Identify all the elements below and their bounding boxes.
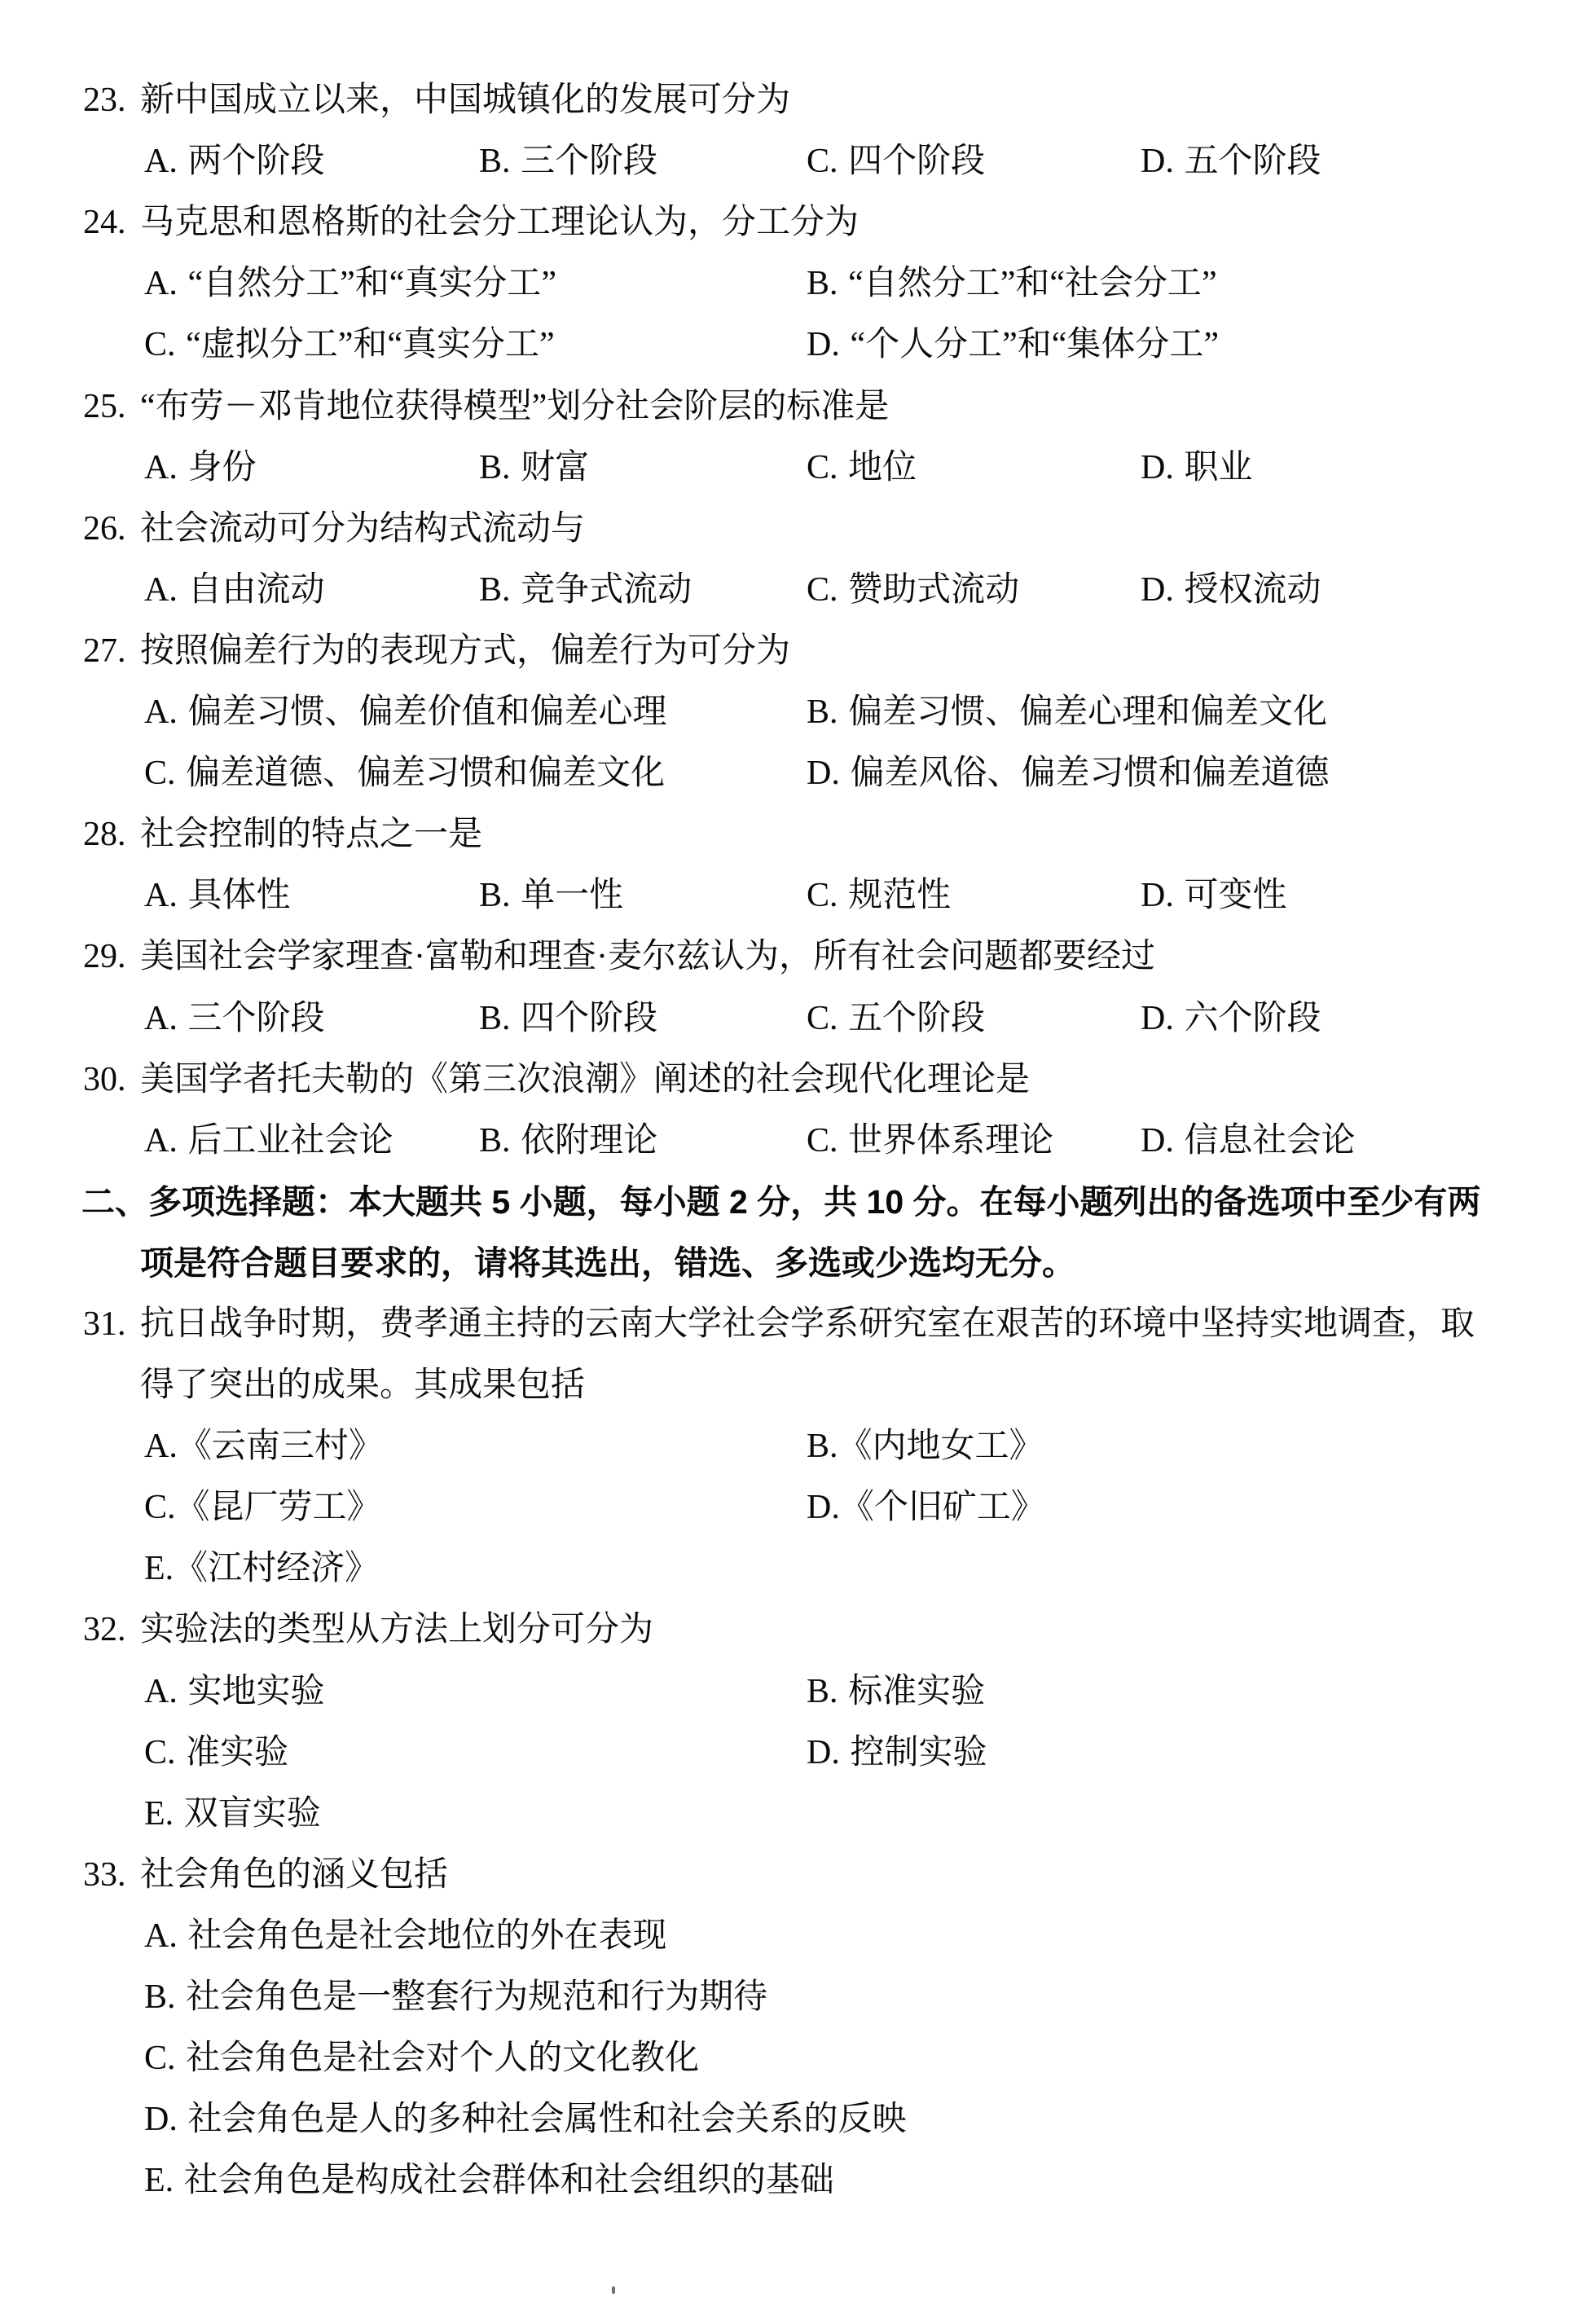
- exam-paper-page: 23.新中国成立以来，中国城镇化的发展可分为A.两个阶段B.三个阶段C.四个阶段…: [0, 0, 1596, 2306]
- question-28-option-A-text: 具体性: [187, 877, 290, 914]
- question-24-option-A-text: “自然分工”和“真实分工”: [187, 265, 556, 302]
- question-31-stem-line-2: 得了突出的成果。其成果包括: [0, 1355, 1596, 1416]
- question-31-option-A-text: 《云南三村》: [178, 1428, 383, 1465]
- question-23-options-row-1: A.两个阶段B.三个阶段C.四个阶段D.五个阶段: [0, 131, 1596, 192]
- question-29-option-A-text: 三个阶段: [187, 1000, 324, 1037]
- question-30-option-C-label: C.: [807, 1122, 838, 1160]
- question-28-option-A-label: A.: [144, 877, 178, 914]
- question-31-stem-continuation: 得了突出的成果。其成果包括: [140, 1355, 585, 1416]
- question-26-number: 26.: [83, 499, 126, 560]
- question-31-number: 31.: [83, 1294, 126, 1355]
- section-2-numbering: 二、: [81, 1183, 148, 1221]
- question-24-option-C: C.“虚拟分工”和“真实分工”: [144, 315, 555, 376]
- question-28-stem-text: 社会控制的特点之一是: [140, 804, 482, 865]
- question-29-option-B: B.四个阶段: [479, 988, 657, 1050]
- question-33-option-C: C.社会角色是社会对个人的文化教化: [144, 2028, 699, 2089]
- question-32-option-E-text: 双盲实验: [184, 1795, 321, 1833]
- question-33-option-D: D.社会角色是人的多种社会属性和社会关系的反映: [144, 2089, 906, 2150]
- question-30-number: 30.: [83, 1050, 126, 1111]
- section-2-header-continuation: 项是符合题目要求的，请将其选出，错选、多选或少选均无分。: [140, 1233, 1075, 1294]
- question-33-options-row-5: E.社会角色是构成社会群体和社会组织的基础: [0, 2150, 1596, 2211]
- question-32-options-row-2: C.准实验D.控制实验: [0, 1723, 1596, 1784]
- question-26-option-D-label: D.: [1141, 571, 1174, 609]
- question-23-option-B-text: 三个阶段: [521, 143, 657, 180]
- question-28-option-B: B.单一性: [479, 865, 623, 926]
- question-30-option-D: D.信息社会论: [1141, 1111, 1355, 1172]
- question-24-options-row-1: A.“自然分工”和“真实分工”B.“自然分工”和“社会分工”: [0, 253, 1596, 315]
- question-24-stem-line-1: 24.马克思和恩格斯的社会分工理论认为，分工分为: [0, 192, 1596, 253]
- question-32-option-B-text: 标准实验: [848, 1673, 985, 1710]
- question-25-option-C: C.地位: [807, 438, 917, 499]
- question-31-option-E-text: 《江村经济》: [174, 1550, 379, 1587]
- question-27-option-A-label: A.: [144, 693, 178, 731]
- question-30-stem-line-1: 30.美国学者托夫勒的《第三次浪潮》阐述的社会现代化理论是: [0, 1050, 1596, 1111]
- question-29-option-C-label: C.: [807, 1000, 838, 1037]
- question-26-stem-line-1: 26.社会流动可分为结构式流动与: [0, 499, 1596, 560]
- question-32-stem-text: 实验法的类型从方法上划分可分为: [140, 1600, 653, 1661]
- question-24-option-C-label: C.: [144, 326, 176, 363]
- question-29-stem-text: 美国社会学家理查·富勒和理查·麦尔兹认为，所有社会问题都要经过: [140, 926, 1155, 988]
- question-27-option-A: A.偏差习惯、偏差价值和偏差心理: [144, 682, 666, 743]
- question-28-option-D: D.可变性: [1141, 865, 1286, 926]
- question-26-option-C: C.赞助式流动: [807, 560, 1019, 621]
- question-31-option-C-text: 《昆厂劳工》: [176, 1489, 381, 1526]
- question-32-option-E-label: E.: [144, 1795, 174, 1833]
- question-30-option-C-text: 世界体系理论: [848, 1122, 1053, 1160]
- question-25-option-B: B.财富: [479, 438, 589, 499]
- question-33-options-row-3: C.社会角色是社会对个人的文化教化: [0, 2028, 1596, 2089]
- question-27-option-D-text: 偏差风俗、偏差习惯和偏差道德: [850, 755, 1329, 792]
- question-26-option-B: B.竞争式流动: [479, 560, 692, 621]
- question-24-option-B: B.“自然分工”和“社会分工”: [807, 253, 1217, 315]
- question-31-options-row-2: C.《昆厂劳工》D.《个旧矿工》: [0, 1477, 1596, 1538]
- question-27-option-B: B.偏差习惯、偏差心理和偏差文化: [807, 682, 1327, 743]
- question-28-option-C: C.规范性: [807, 865, 951, 926]
- question-24-option-D: D.“个人分工”和“集体分工”: [807, 315, 1219, 376]
- question-31-stem-text: 抗日战争时期，费孝通主持的云南大学社会学系研究室在艰苦的环境中坚持实地调查，取: [140, 1294, 1475, 1355]
- question-23-option-A-text: 两个阶段: [187, 143, 324, 180]
- question-27-options-row-2: C.偏差道德、偏差习惯和偏差文化D.偏差风俗、偏差习惯和偏差道德: [0, 743, 1596, 804]
- question-33-options-row-2: B.社会角色是一整套行为规范和行为期待: [0, 1967, 1596, 2028]
- question-31-option-C: C.《昆厂劳工》: [144, 1477, 381, 1538]
- question-24-option-D-label: D.: [807, 326, 840, 363]
- question-32-option-A-label: A.: [144, 1673, 178, 1710]
- question-23-option-A: A.两个阶段: [144, 131, 324, 192]
- question-23-option-D: D.五个阶段: [1141, 131, 1321, 192]
- question-28-option-D-label: D.: [1141, 877, 1174, 914]
- question-23-stem-line-1: 23.新中国成立以来，中国城镇化的发展可分为: [0, 70, 1596, 131]
- question-27-option-A-text: 偏差习惯、偏差价值和偏差心理: [187, 693, 666, 731]
- question-29-option-C: C.五个阶段: [807, 988, 985, 1050]
- question-26-option-B-label: B.: [479, 571, 511, 609]
- question-27-option-C: C.偏差道德、偏差习惯和偏差文化: [144, 743, 665, 804]
- question-32-options-row-1: A.实地实验B.标准实验: [0, 1661, 1596, 1723]
- question-25-option-A-text: 身份: [187, 449, 256, 486]
- question-31-option-D-label: D.: [807, 1489, 840, 1526]
- question-30-option-A-label: A.: [144, 1122, 178, 1160]
- question-31-option-B: B.《内地女工》: [807, 1416, 1044, 1477]
- question-24-option-B-text: “自然分工”和“社会分工”: [848, 265, 1217, 302]
- question-23-number: 23.: [83, 70, 126, 131]
- section-2-header-text-1: 二、多项选择题：本大题共 5 小题，每小题 2 分，共 10 分。在每小题列出的…: [81, 1172, 1481, 1233]
- question-26-option-A-text: 自由流动: [187, 571, 324, 609]
- question-32-option-A: A.实地实验: [144, 1661, 324, 1723]
- question-25-option-B-text: 财富: [521, 449, 589, 486]
- question-28-options-row-1: A.具体性B.单一性C.规范性D.可变性: [0, 865, 1596, 926]
- question-25-option-B-label: B.: [479, 449, 511, 486]
- question-27-option-D-label: D.: [807, 755, 840, 792]
- question-25-stem-line-1: 25.“布劳－邓肯地位获得模型”划分社会阶层的标准是: [0, 376, 1596, 438]
- question-31-option-A-label: A.: [144, 1428, 178, 1465]
- question-30-stem-text: 美国学者托夫勒的《第三次浪潮》阐述的社会现代化理论是: [140, 1050, 1030, 1111]
- question-33-option-B: B.社会角色是一整套行为规范和行为期待: [144, 1967, 767, 2028]
- question-25-option-D-label: D.: [1141, 449, 1174, 486]
- question-32-option-B-label: B.: [807, 1673, 838, 1710]
- question-29-option-B-text: 四个阶段: [521, 1000, 657, 1037]
- question-33-stem-text: 社会角色的涵义包括: [140, 1845, 448, 1906]
- question-31-option-D-text: 《个旧矿工》: [840, 1489, 1045, 1526]
- question-23-option-C-text: 四个阶段: [848, 143, 985, 180]
- question-25-option-D-text: 职业: [1184, 449, 1252, 486]
- question-24-option-B-label: B.: [807, 265, 838, 302]
- question-32-option-B: B.标准实验: [807, 1661, 985, 1723]
- question-33-option-A-label: A.: [144, 1917, 178, 1955]
- question-31-option-B-label: B.: [807, 1428, 838, 1465]
- question-29-number: 29.: [83, 926, 126, 988]
- question-29-option-A-label: A.: [144, 1000, 178, 1037]
- question-32-options-row-3: E.双盲实验: [0, 1784, 1596, 1845]
- question-27-option-B-text: 偏差习惯、偏差心理和偏差文化: [848, 693, 1327, 731]
- question-27-stem-text: 按照偏差行为的表现方式，偏差行为可分为: [140, 621, 790, 682]
- question-26-option-D-text: 授权流动: [1184, 571, 1321, 609]
- question-25-option-C-text: 地位: [848, 449, 917, 486]
- question-33-option-E: E.社会角色是构成社会群体和社会组织的基础: [144, 2150, 834, 2211]
- question-33-option-E-label: E.: [144, 2162, 174, 2199]
- question-27-option-C-label: C.: [144, 755, 176, 792]
- question-24-options-row-2: C.“虚拟分工”和“真实分工”D.“个人分工”和“集体分工”: [0, 315, 1596, 376]
- question-33-option-E-text: 社会角色是构成社会群体和社会组织的基础: [184, 2162, 834, 2199]
- question-25-number: 25.: [83, 376, 126, 438]
- question-23-option-D-label: D.: [1141, 143, 1174, 180]
- question-27-option-C-text: 偏差道德、偏差习惯和偏差文化: [186, 755, 665, 792]
- question-33-options-row-4: D.社会角色是人的多种社会属性和社会关系的反映: [0, 2089, 1596, 2150]
- question-26-option-C-label: C.: [807, 571, 838, 609]
- question-26-option-A-label: A.: [144, 571, 178, 609]
- question-23-option-B-label: B.: [479, 143, 511, 180]
- question-25-option-C-label: C.: [807, 449, 838, 486]
- question-31-option-E: E.《江村经济》: [144, 1538, 379, 1600]
- question-31-stem-line-1: 31.抗日战争时期，费孝通主持的云南大学社会学系研究室在艰苦的环境中坚持实地调查…: [0, 1294, 1596, 1355]
- question-33-option-D-text: 社会角色是人的多种社会属性和社会关系的反映: [187, 2101, 906, 2138]
- question-29-stem-line-1: 29.美国社会学家理查·富勒和理查·麦尔兹认为，所有社会问题都要经过: [0, 926, 1596, 988]
- question-25-option-A: A.身份: [144, 438, 256, 499]
- question-30-option-A: A.后工业社会论: [144, 1111, 393, 1172]
- question-32-option-C-text: 准实验: [186, 1734, 288, 1771]
- question-28-stem-line-1: 28.社会控制的特点之一是: [0, 804, 1596, 865]
- question-24-option-A: A.“自然分工”和“真实分工”: [144, 253, 556, 315]
- question-28-option-D-text: 可变性: [1184, 877, 1286, 914]
- question-24-option-A-label: A.: [144, 265, 178, 302]
- question-23-option-C-label: C.: [807, 143, 838, 180]
- section-2-header-line-2: 项是符合题目要求的，请将其选出，错选、多选或少选均无分。: [0, 1233, 1596, 1294]
- question-24-option-C-text: “虚拟分工”和“真实分工”: [186, 326, 555, 363]
- question-31-option-B-text: 《内地女工》: [838, 1428, 1044, 1465]
- question-30-option-A-text: 后工业社会论: [187, 1122, 393, 1160]
- question-25-stem-text: “布劳－邓肯地位获得模型”划分社会阶层的标准是: [140, 376, 889, 438]
- question-28-option-A: A.具体性: [144, 865, 290, 926]
- question-31-options-row-3: E.《江村经济》: [0, 1538, 1596, 1600]
- question-27-stem-line-1: 27.按照偏差行为的表现方式，偏差行为可分为: [0, 621, 1596, 682]
- question-23-option-A-label: A.: [144, 143, 178, 180]
- question-27-option-B-label: B.: [807, 693, 838, 731]
- question-32-option-A-text: 实地实验: [187, 1673, 324, 1710]
- question-30-option-B: B.依附理论: [479, 1111, 657, 1172]
- question-30-option-D-label: D.: [1141, 1122, 1174, 1160]
- question-28-option-C-text: 规范性: [848, 877, 951, 914]
- question-33-option-D-label: D.: [144, 2101, 178, 2138]
- question-23-option-B: B.三个阶段: [479, 131, 657, 192]
- question-25-option-A-label: A.: [144, 449, 178, 486]
- question-31-option-E-label: E.: [144, 1550, 174, 1587]
- question-28-option-C-label: C.: [807, 877, 838, 914]
- question-33-option-B-label: B.: [144, 1978, 176, 2016]
- question-24-option-D-text: “个人分工”和“集体分工”: [850, 326, 1219, 363]
- question-26-option-B-text: 竞争式流动: [521, 571, 692, 609]
- question-32-option-D-text: 控制实验: [850, 1734, 987, 1771]
- question-28-option-B-label: B.: [479, 877, 511, 914]
- section-2-header-line-1: 二、多项选择题：本大题共 5 小题，每小题 2 分，共 10 分。在每小题列出的…: [0, 1172, 1596, 1233]
- question-32-option-C: C.准实验: [144, 1723, 288, 1784]
- question-23-stem-text: 新中国成立以来，中国城镇化的发展可分为: [140, 70, 790, 131]
- question-33-option-A: A.社会角色是社会地位的外在表现: [144, 1906, 666, 1967]
- question-26-option-A: A.自由流动: [144, 560, 324, 621]
- question-32-option-D-label: D.: [807, 1734, 840, 1771]
- scan-artifact-dot: [612, 2286, 615, 2294]
- question-26-option-D: D.授权流动: [1141, 560, 1321, 621]
- question-29-option-D-text: 六个阶段: [1184, 1000, 1321, 1037]
- question-27-option-D: D.偏差风俗、偏差习惯和偏差道德: [807, 743, 1329, 804]
- question-33-option-A-text: 社会角色是社会地位的外在表现: [187, 1917, 666, 1955]
- question-26-option-C-text: 赞助式流动: [848, 571, 1019, 609]
- question-32-number: 32.: [83, 1600, 126, 1661]
- question-32-option-D: D.控制实验: [807, 1723, 987, 1784]
- question-31-options-row-1: A.《云南三村》B.《内地女工》: [0, 1416, 1596, 1477]
- question-24-stem-text: 马克思和恩格斯的社会分工理论认为，分工分为: [140, 192, 859, 253]
- question-29-option-B-label: B.: [479, 1000, 511, 1037]
- question-31-option-A: A.《云南三村》: [144, 1416, 383, 1477]
- question-30-option-B-text: 依附理论: [521, 1122, 657, 1160]
- question-32-option-E: E.双盲实验: [144, 1784, 321, 1845]
- question-29-option-D-label: D.: [1141, 1000, 1174, 1037]
- question-33-option-C-text: 社会角色是社会对个人的文化教化: [186, 2040, 699, 2077]
- question-33-number: 33.: [83, 1845, 126, 1906]
- question-32-option-C-label: C.: [144, 1734, 176, 1771]
- question-27-number: 27.: [83, 621, 126, 682]
- question-29-option-C-text: 五个阶段: [848, 1000, 985, 1037]
- question-29-options-row-1: A.三个阶段B.四个阶段C.五个阶段D.六个阶段: [0, 988, 1596, 1050]
- question-33-stem-line-1: 33.社会角色的涵义包括: [0, 1845, 1596, 1906]
- question-23-option-C: C.四个阶段: [807, 131, 985, 192]
- question-32-stem-line-1: 32.实验法的类型从方法上划分可分为: [0, 1600, 1596, 1661]
- question-31-option-D: D.《个旧矿工》: [807, 1477, 1045, 1538]
- question-30-options-row-1: A.后工业社会论B.依附理论C.世界体系理论D.信息社会论: [0, 1111, 1596, 1172]
- question-28-number: 28.: [83, 804, 126, 865]
- question-26-options-row-1: A.自由流动B.竞争式流动C.赞助式流动D.授权流动: [0, 560, 1596, 621]
- question-25-options-row-1: A.身份B.财富C.地位D.职业: [0, 438, 1596, 499]
- question-30-option-C: C.世界体系理论: [807, 1111, 1053, 1172]
- question-25-option-D: D.职业: [1141, 438, 1252, 499]
- question-31-option-C-label: C.: [144, 1489, 176, 1526]
- question-23-option-D-text: 五个阶段: [1184, 143, 1321, 180]
- question-33-option-C-label: C.: [144, 2040, 176, 2077]
- question-28-option-B-text: 单一性: [521, 877, 623, 914]
- question-27-options-row-1: A.偏差习惯、偏差价值和偏差心理B.偏差习惯、偏差心理和偏差文化: [0, 682, 1596, 743]
- question-26-stem-text: 社会流动可分为结构式流动与: [140, 499, 585, 560]
- question-30-option-D-text: 信息社会论: [1184, 1122, 1355, 1160]
- question-30-option-B-label: B.: [479, 1122, 511, 1160]
- question-33-options-row-1: A.社会角色是社会地位的外在表现: [0, 1906, 1596, 1967]
- question-29-option-D: D.六个阶段: [1141, 988, 1321, 1050]
- question-33-option-B-text: 社会角色是一整套行为规范和行为期待: [186, 1978, 767, 2016]
- question-29-option-A: A.三个阶段: [144, 988, 324, 1050]
- section-2-header-instructions: 多项选择题：本大题共 5 小题，每小题 2 分，共 10 分。在每小题列出的备选…: [148, 1183, 1481, 1221]
- question-24-number: 24.: [83, 192, 126, 253]
